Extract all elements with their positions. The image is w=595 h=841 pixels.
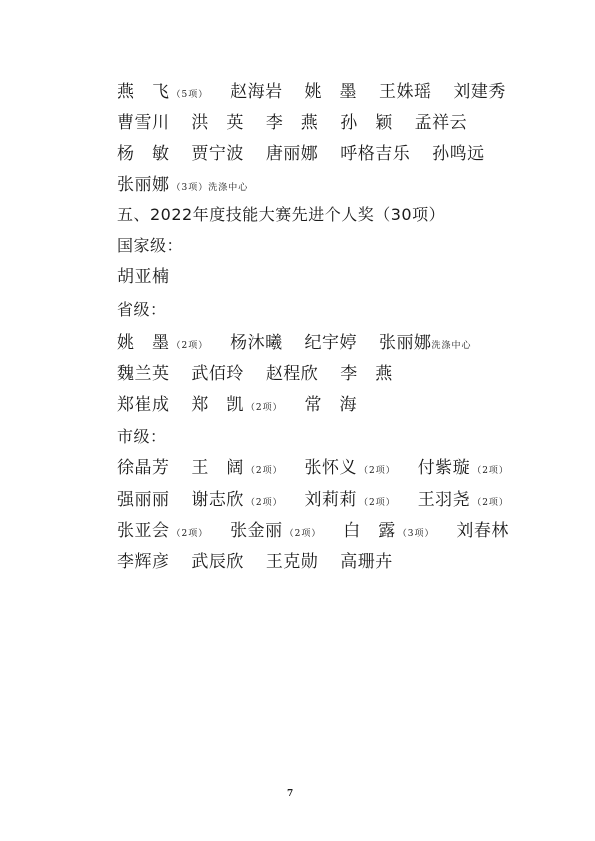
name-row: 胡亚楠 — [117, 266, 170, 288]
person-name: 刘春林 — [456, 521, 509, 541]
name-row: 徐晶芳 王 阔（2项） 张怀义（2项） 付紫璇（2项） — [117, 457, 509, 482]
person-name: 白 露（3项） — [343, 521, 434, 541]
person-name: 孙鸣远 — [432, 144, 485, 164]
person-name: 王克勋 — [266, 552, 319, 572]
person-name: 常 海 — [305, 395, 358, 415]
person-name: 胡亚楠 — [117, 267, 170, 287]
award-count-note: （2项） — [285, 529, 322, 539]
person-name: 张丽娜（3项）洗涤中心 — [117, 175, 248, 195]
person-name: 刘莉莉（2项） — [305, 490, 396, 510]
level-label-provincial: 省级： — [117, 299, 167, 321]
name-text: 张金丽 — [230, 521, 283, 541]
name-row: 强丽丽 谢志欣（2项） 刘莉莉（2项） 王羽尧（2项） — [117, 489, 509, 514]
name-row: 李辉彦 武辰欣 王克勋 高珊卉 — [117, 551, 393, 573]
person-name: 王姝瑶 — [379, 82, 432, 102]
person-name: 洪 英 — [191, 113, 244, 133]
person-name: 王 阔（2项） — [191, 458, 282, 478]
name-row: 曹雪川 洪 英 李 燕 孙 颖 孟祥云 — [117, 112, 467, 134]
name-text: 张怀义 — [305, 458, 358, 478]
name-text: 燕 飞 — [117, 82, 170, 102]
person-name: 郑 凯（2项） — [191, 395, 282, 415]
name-row: 张亚会（2项） 张金丽（2项） 白 露（3项） 刘春林 — [117, 520, 509, 545]
person-name: 杨 敏 — [117, 144, 170, 164]
section-heading: 五、2022年度技能大赛先进个人奖（30项） — [117, 204, 445, 226]
award-count-note: （2项） — [246, 498, 283, 508]
name-row: 杨 敏 贾宁波 唐丽娜 呼格吉乐 孙鸣远 — [117, 143, 485, 165]
person-name: 魏兰英 — [117, 364, 170, 384]
person-name: 张怀义（2项） — [305, 458, 396, 478]
name-text: 张亚会 — [117, 521, 170, 541]
level-label-national: 国家级： — [117, 235, 183, 257]
unit-note: 洗涤中心 — [431, 341, 471, 351]
award-count-note: （2项） — [246, 403, 283, 413]
name-text: 白 露 — [343, 521, 396, 541]
name-text: 郑 凯 — [191, 395, 244, 415]
level-label-municipal: 市级： — [117, 426, 167, 448]
person-name: 谢志欣（2项） — [191, 490, 282, 510]
name-row: 郑崔成 郑 凯（2项） 常 海 — [117, 394, 357, 419]
name-text: 王羽尧 — [418, 490, 471, 510]
person-name: 唐丽娜 — [266, 144, 319, 164]
award-count-note: （3项）洗涤中心 — [172, 183, 249, 193]
award-count-note: （2项） — [172, 341, 209, 351]
person-name: 姚 墨（2项） — [117, 333, 208, 353]
person-name: 呼格吉乐 — [340, 144, 410, 164]
person-name: 付紫璇（2项） — [418, 458, 509, 478]
award-count-note: （2项） — [246, 466, 283, 476]
person-name: 姚 墨 — [305, 82, 358, 102]
person-name: 郑崔成 — [117, 395, 170, 415]
person-name: 李 燕 — [266, 113, 319, 133]
name-text: 王 阔 — [191, 458, 244, 478]
award-count-note: （2项） — [172, 529, 209, 539]
person-name: 李 燕 — [340, 364, 393, 384]
person-name: 赵海岩 — [230, 82, 283, 102]
award-count-note: （2项） — [359, 466, 396, 476]
person-name: 徐晶芳 — [117, 458, 170, 478]
person-name: 孟祥云 — [415, 113, 468, 133]
name-row: 张丽娜（3项）洗涤中心 — [117, 174, 248, 199]
person-name: 张金丽（2项） — [230, 521, 321, 541]
person-name: 贾宁波 — [191, 144, 244, 164]
person-name: 纪宇婷 — [305, 333, 358, 353]
name-row: 燕 飞（5项） 赵海岩 姚 墨 王姝瑶 刘建秀 — [117, 81, 506, 106]
person-name: 刘建秀 — [453, 82, 506, 102]
name-row: 魏兰英 武佰玲 赵程欣 李 燕 — [117, 363, 393, 385]
person-name: 强丽丽 — [117, 490, 170, 510]
person-name: 孙 颖 — [340, 113, 393, 133]
person-name: 武佰玲 — [191, 364, 244, 384]
award-count-note: （5项） — [172, 90, 209, 100]
award-count-note: （2项） — [472, 466, 509, 476]
name-text: 谢志欣 — [191, 490, 244, 510]
person-name: 王羽尧（2项） — [418, 490, 509, 510]
person-name: 张丽娜洗涤中心 — [379, 333, 472, 353]
name-text: 刘莉莉 — [305, 490, 358, 510]
name-text: 付紫璇 — [418, 458, 471, 478]
award-count-note: （3项） — [398, 529, 435, 539]
person-name: 李辉彦 — [117, 552, 170, 572]
person-name: 曹雪川 — [117, 113, 170, 133]
name-text: 张丽娜 — [379, 333, 432, 353]
person-name: 燕 飞（5项） — [117, 82, 208, 102]
name-row: 姚 墨（2项） 杨沐曦 纪宇婷 张丽娜洗涤中心 — [117, 332, 471, 357]
person-name: 赵程欣 — [266, 364, 319, 384]
award-count-note: （2项） — [472, 498, 509, 508]
person-name: 高珊卉 — [340, 552, 393, 572]
person-name: 杨沐曦 — [230, 333, 283, 353]
name-text: 姚 墨 — [117, 333, 170, 353]
name-text: 张丽娜 — [117, 175, 170, 195]
person-name: 武辰欣 — [191, 552, 244, 572]
award-count-note: （2项） — [359, 498, 396, 508]
person-name: 张亚会（2项） — [117, 521, 208, 541]
page-number: 7 — [287, 789, 293, 799]
